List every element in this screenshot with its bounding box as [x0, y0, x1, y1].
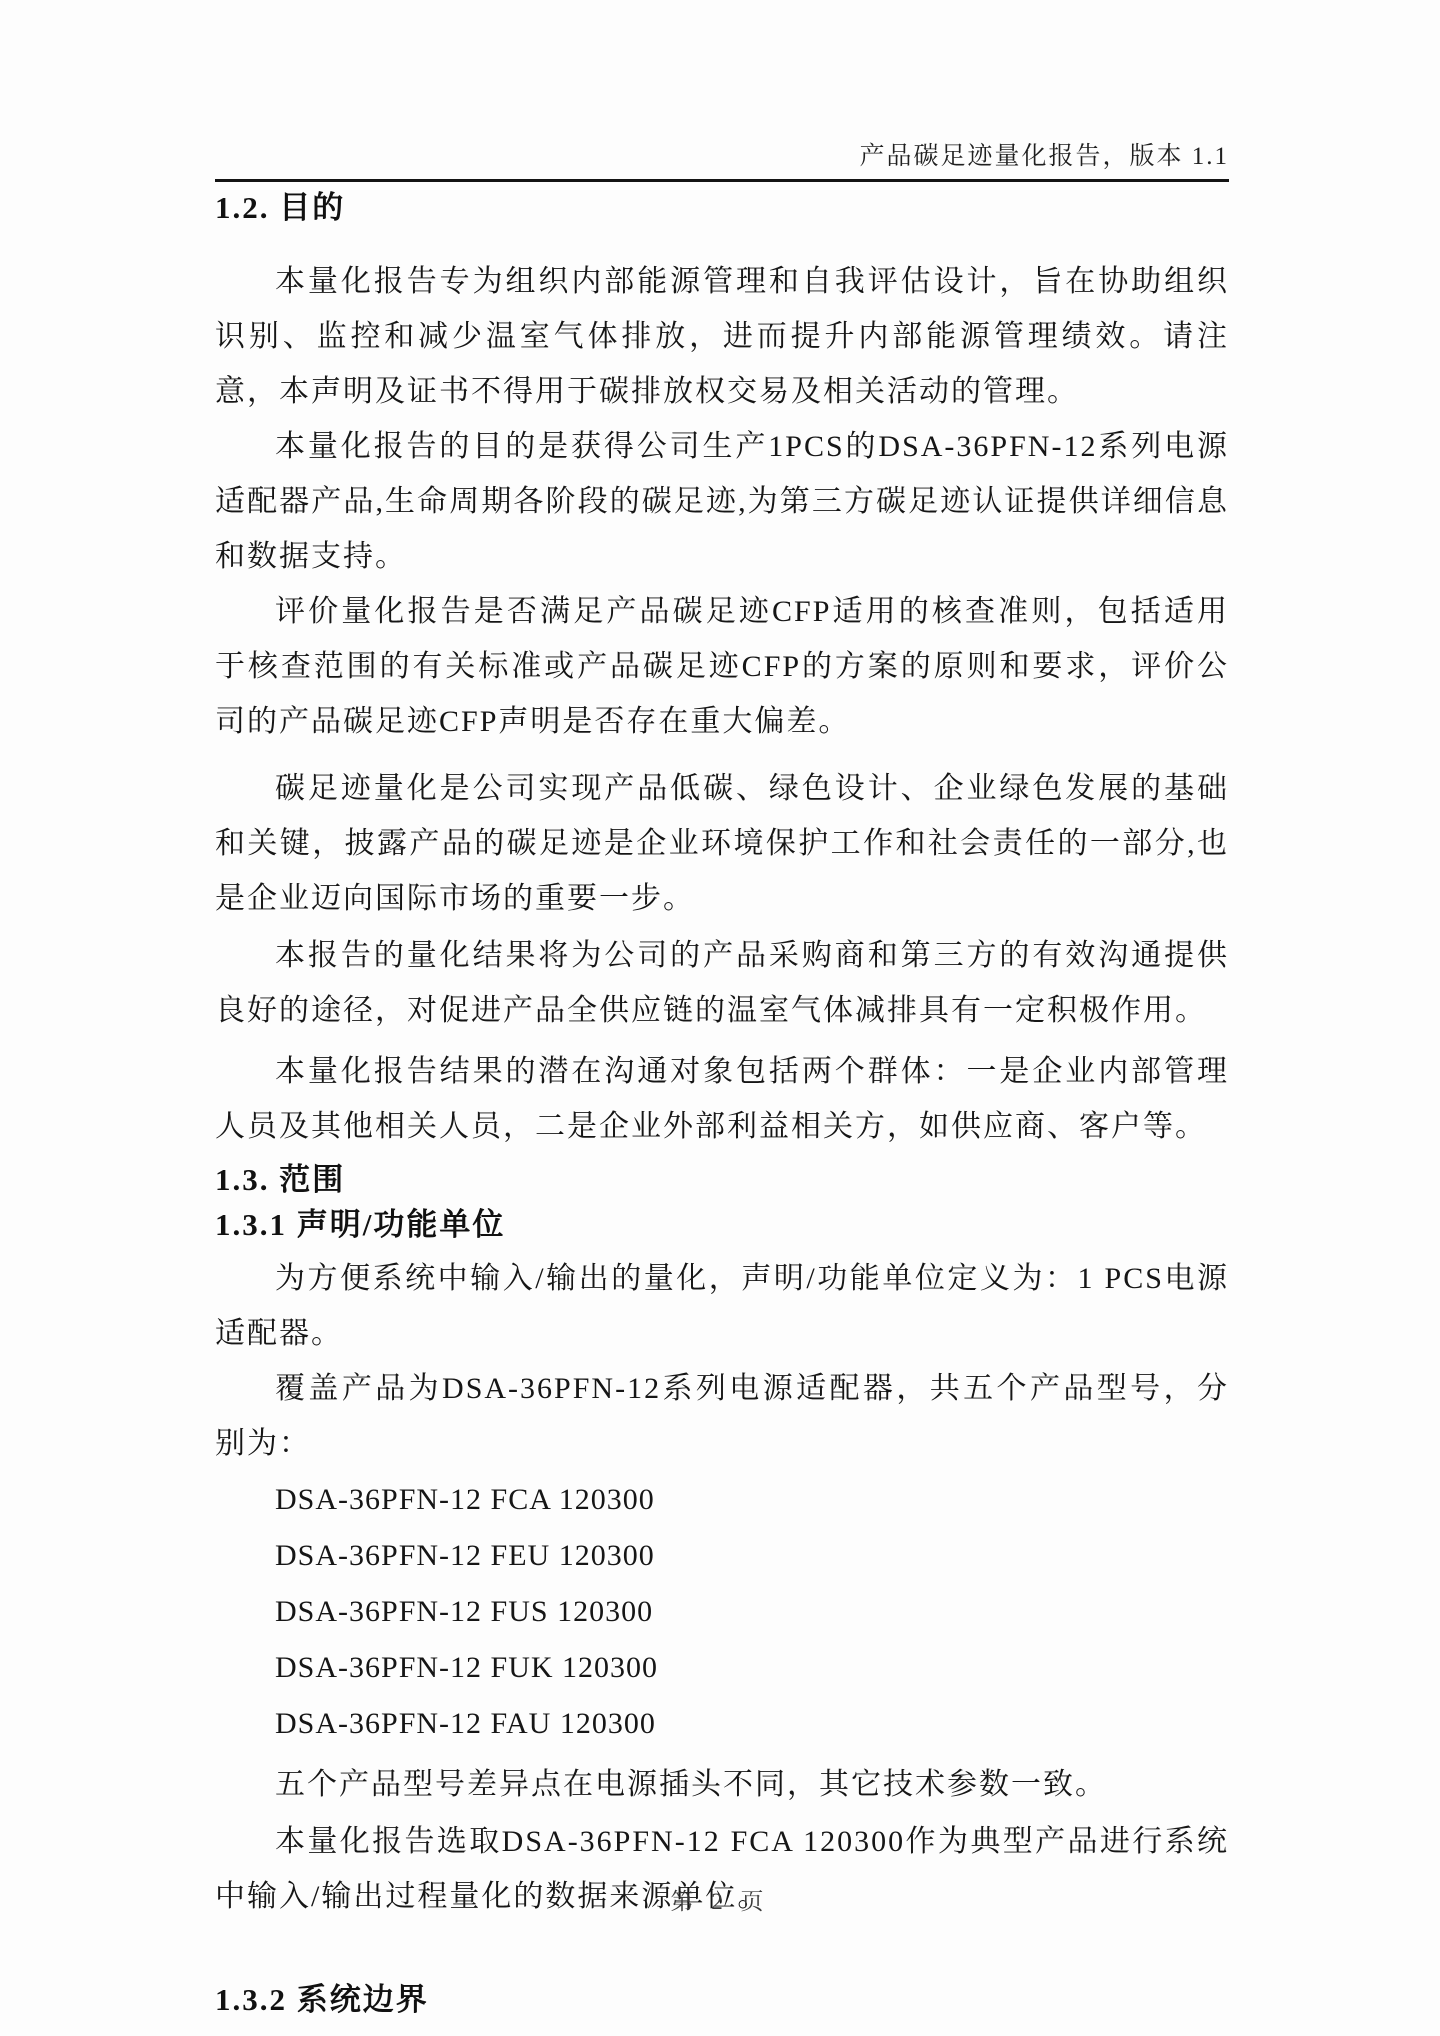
product-model-line: DSA-36PFN-12 FUS 120300 — [215, 1584, 1229, 1639]
heading-purpose: 1.2. 目的 — [215, 190, 1229, 226]
heading-system-boundary: 1.3.2 系统边界 — [215, 1980, 1229, 2020]
paragraph: 评价量化报告是否满足产品碳足迹CFP适用的核查准则，包括适用于核查范围的有关标准… — [215, 584, 1229, 749]
header-rule — [215, 179, 1229, 182]
paragraph: 碳足迹量化是公司实现产品低碳、绿色设计、企业绿色发展的基础和关键，披露产品的碳足… — [215, 761, 1229, 926]
product-model-line: DSA-36PFN-12 FEU 120300 — [215, 1528, 1229, 1583]
running-header: 产品碳足迹量化报告，版本 1.1 — [215, 142, 1229, 172]
product-model-line: DSA-36PFN-12 FCA 120300 — [215, 1472, 1229, 1527]
paragraph: 五个产品型号差异点在电源插头不同，其它技术参数一致。 — [215, 1757, 1229, 1812]
paragraph: 为方便系统中输入/输出的量化，声明/功能单位定义为：1 PCS电源适配器。 — [215, 1251, 1229, 1361]
document-page: 产品碳足迹量化报告，版本 1.1 1.2. 目的 本量化报告专为组织内部能源管理… — [0, 0, 1440, 2036]
paragraph: 覆盖产品为DSA-36PFN-12系列电源适配器，共五个产品型号，分别为： — [215, 1361, 1229, 1471]
heading-scope: 1.3. 范围 — [215, 1160, 1229, 1200]
product-model-line: DSA-36PFN-12 FUK 120300 — [215, 1640, 1229, 1695]
paragraph: 本报告的量化结果将为公司的产品采购商和第三方的有效沟通提供良好的途径，对促进产品… — [215, 928, 1229, 1038]
paragraph: 本量化报告的目的是获得公司生产1PCS的DSA-36PFN-12系列电源适配器产… — [215, 419, 1229, 584]
paragraph: 本量化报告专为组织内部能源管理和自我评估设计，旨在协助组织识别、监控和减少温室气… — [215, 254, 1229, 419]
paragraph: 本量化报告结果的潜在沟通对象包括两个群体：一是企业内部管理人员及其他相关人员，二… — [215, 1044, 1229, 1154]
product-model-line: DSA-36PFN-12 FAU 120300 — [215, 1696, 1229, 1751]
page-content: 产品碳足迹量化报告，版本 1.1 1.2. 目的 本量化报告专为组织内部能源管理… — [215, 0, 1229, 2020]
heading-declaration-unit: 1.3.1 声明/功能单位 — [215, 1205, 1229, 1245]
page-number: 第 2 页 — [0, 1884, 1440, 1920]
